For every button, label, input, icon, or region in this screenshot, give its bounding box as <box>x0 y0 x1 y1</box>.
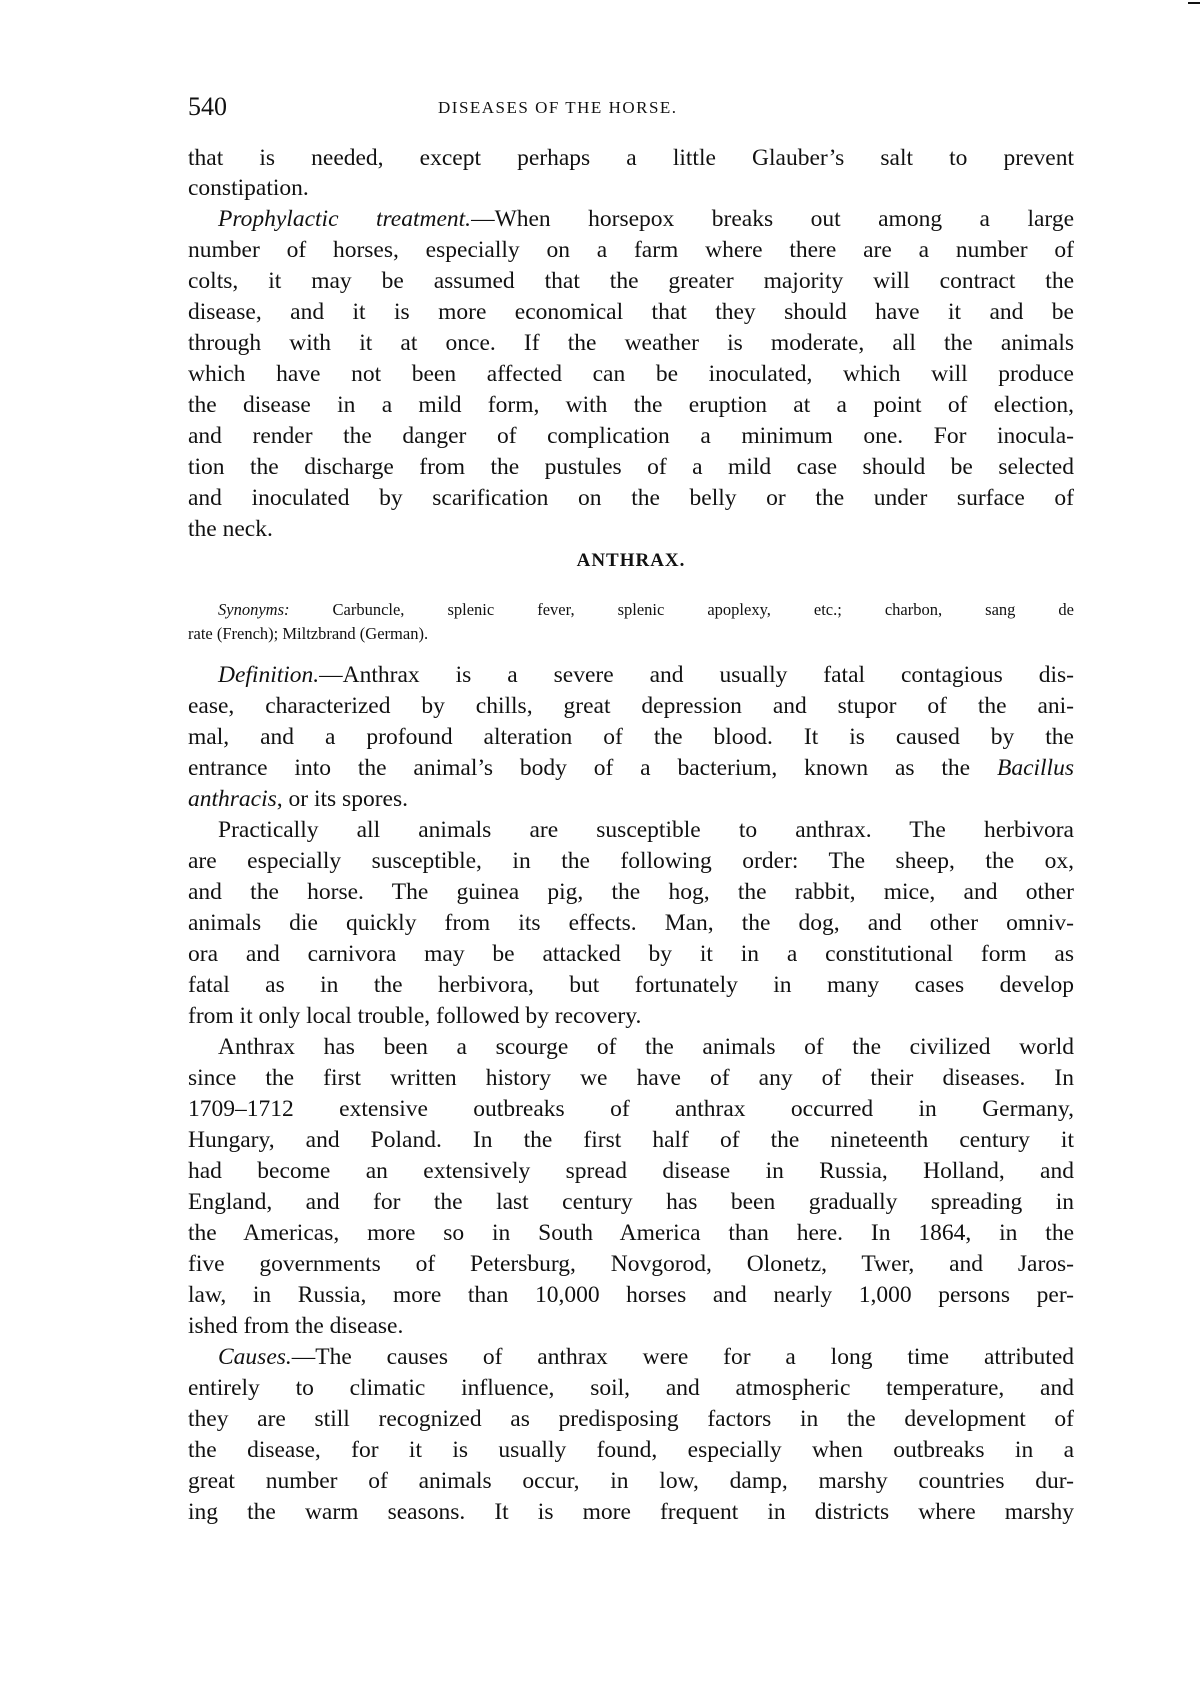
text-line: and render the danger of complication a … <box>188 420 1074 452</box>
paragraph-prophylactic-treatment: Prophylactic treatment.—When horsepox br… <box>218 203 1074 235</box>
species-name: Bacillus <box>997 755 1074 781</box>
text-line: disease, and it is more economical that … <box>188 296 1074 328</box>
text-line: tion the discharge from the pustules of … <box>188 451 1074 483</box>
text-line: the neck. <box>188 513 1074 545</box>
text-line: entirely to climatic influence, soil, an… <box>188 1372 1074 1404</box>
text-line: mal, and a profound alteration of the bl… <box>188 721 1074 753</box>
scan-artifact <box>1188 2 1200 4</box>
paragraph-history: Anthrax has been a scourge of the animal… <box>218 1031 1074 1063</box>
paragraph-susceptibility: Practically all animals are susceptible … <box>218 814 1074 846</box>
running-head: DISEASES OF THE HORSE. <box>438 98 678 118</box>
text-line: anthracis, or its spores. <box>188 783 1074 815</box>
text-line: number of horses, especially on a farm w… <box>188 234 1074 266</box>
synonyms-line: rate (French); Miltzbrand (German). <box>188 622 1074 646</box>
page-header: 540 DISEASES OF THE HORSE. <box>188 92 1074 122</box>
text-line: ing the warm seasons. It is more frequen… <box>188 1496 1074 1528</box>
text-line: ished from the disease. <box>188 1310 1074 1342</box>
text-line: law, in Russia, more than 10,000 horses … <box>188 1279 1074 1311</box>
text-line: through with it at once. If the weather … <box>188 327 1074 359</box>
text-line: colts, it may be assumed that the greate… <box>188 265 1074 297</box>
text-line: from it only local trouble, followed by … <box>188 1000 1074 1032</box>
text-line: five governments of Petersburg, Novgorod… <box>188 1248 1074 1280</box>
run-in-heading: Prophylactic treatment. <box>218 206 471 232</box>
text-line: fatal as in the herbivora, but fortunate… <box>188 969 1074 1001</box>
text-line: the Americas, more so in South America t… <box>188 1217 1074 1249</box>
text-line: had become an extensively spread disease… <box>188 1155 1074 1187</box>
text-line: ora and carnivora may be attacked by it … <box>188 938 1074 970</box>
text-line: are especially susceptible, in the follo… <box>188 845 1074 877</box>
text-line: the disease in a mild form, with the eru… <box>188 389 1074 421</box>
text-line: animals die quickly from its effects. Ma… <box>188 907 1074 939</box>
book-page: 540 DISEASES OF THE HORSE. that is neede… <box>0 0 1200 1696</box>
text-line: great number of animals occur, in low, d… <box>188 1465 1074 1497</box>
paragraph-definition: Definition.—Anthrax is a severe and usua… <box>218 659 1074 691</box>
section-title: ANTHRAX. <box>188 550 1074 572</box>
run-in-heading: Causes. <box>218 1344 292 1370</box>
synonyms-label: Synonyms: <box>218 600 289 619</box>
species-name: anthracis <box>188 786 277 812</box>
text-line: 1709–1712 extensive outbreaks of anthrax… <box>188 1093 1074 1125</box>
text-line: England, and for the last century has be… <box>188 1186 1074 1218</box>
text-line: the disease, for it is usually found, es… <box>188 1434 1074 1466</box>
text-line: and inoculated by scarification on the b… <box>188 482 1074 514</box>
text-line: Hungary, and Poland. In the first half o… <box>188 1124 1074 1156</box>
text-line: entrance into the animal’s body of a bac… <box>188 752 1074 784</box>
text-line: and the horse. The guinea pig, the hog, … <box>188 876 1074 908</box>
paragraph-causes: Causes.—The causes of anthrax were for a… <box>218 1341 1074 1373</box>
text-line: constipation. <box>188 172 1074 204</box>
page-number: 540 <box>188 92 227 122</box>
text-line: they are still recognized as predisposin… <box>188 1403 1074 1435</box>
synonyms-line: Synonyms: Carbuncle, splenic fever, sple… <box>218 598 1074 622</box>
text-line: since the first written history we have … <box>188 1062 1074 1094</box>
text-line: ease, characterized by chills, great dep… <box>188 690 1074 722</box>
run-in-heading: Definition. <box>218 662 319 688</box>
text-line: that is needed, except perhaps a little … <box>188 142 1074 174</box>
text-line: which have not been affected can be inoc… <box>188 358 1074 390</box>
